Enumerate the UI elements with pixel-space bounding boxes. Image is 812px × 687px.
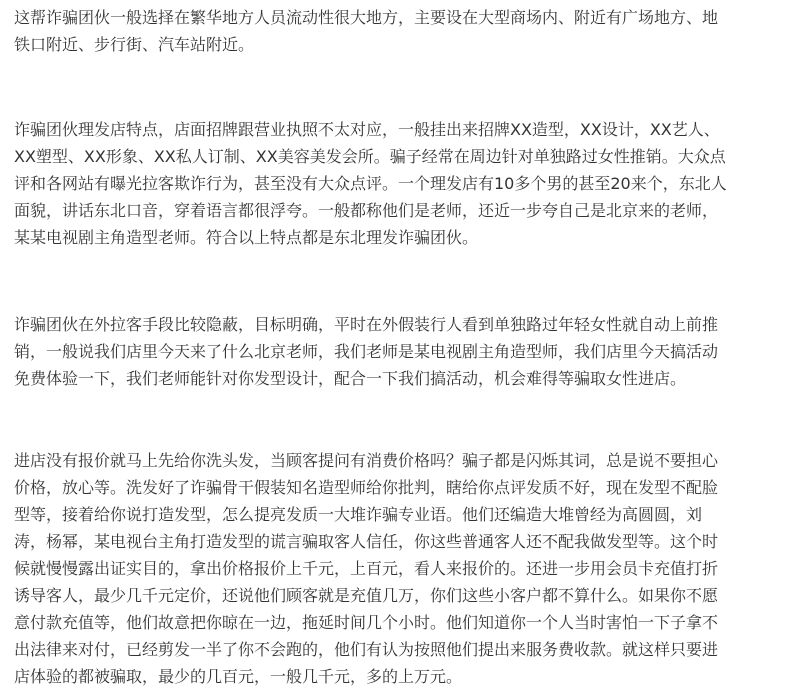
text-line: 免费体验一下，我们老师能针对你发型设计，配合一下我们搞活动，机会难得等骗取女性进…	[14, 365, 804, 392]
text-line: 评和各网站有曝光拉客欺诈行为，甚至没有大众点评。一个理发店有10多个男的甚至20…	[14, 170, 804, 197]
text-line: 价格，放心等。洗发好了诈骗骨干假装知名造型师给你批判，瞎给你点评发质不好，现在发…	[14, 474, 804, 501]
paragraph-scam-locations: 这帮诈骗团伙一般选择在繁华地方人员流动性很大地方，主要设在大型商场内、附近有广场…	[14, 4, 804, 58]
text-line: 诈骗团伙在外拉客手段比较隐蔽，目标明确，平时在外假装行人看到单独路过年轻女性就自…	[14, 311, 804, 338]
paragraph-in-store-scam: 进店没有报价就马上先给你洗头发，当顾客提问有消费价格吗？骗子都是闪烁其词，总是说…	[14, 447, 804, 687]
text-line: 诱导客人，最少几千元定价，还说他们顾客就是充值几万，你们这些小客户都不算什么。如…	[14, 582, 804, 609]
text-line: 型等，接着给你说打造发型，怎么提亮发质一大堆诈骗专业语。他们还编造大堆曾经为高圆…	[14, 501, 804, 528]
text-line: 候就慢慢露出证实目的，拿出价格报价上千元，上百元，看人来报价的。还进一步用会员卡…	[14, 555, 804, 582]
text-line: 某某电视剧主角造型老师。符合以上特点都是东北理发诈骗团伙。	[14, 224, 804, 251]
text-line: 店体验的都被骗取，最少的几百元，一般几千元，多的上万元。	[14, 663, 804, 687]
text-line: 诈骗团伙理发店特点，店面招牌跟营业执照不太对应，一般挂出来招牌XX造型，XX设计…	[14, 116, 804, 143]
text-line: 涛，杨幂，某电视台主角打造发型的谎言骗取客人信任，你这些普通客人还不配我做发型等…	[14, 528, 804, 555]
paragraph-salon-characteristics: 诈骗团伙理发店特点，店面招牌跟营业执照不太对应，一般挂出来招牌XX造型，XX设计…	[14, 116, 804, 251]
text-line: 意付款充值等，他们故意把你晾在一边，拖延时间几个小时。他们知道你一个人当时害怕一…	[14, 609, 804, 636]
text-line: 面貌，讲话东北口音，穿着语言都很浮夸。一般都称他们是老师，还近一步夸自己是北京来…	[14, 197, 804, 224]
article-body: 这帮诈骗团伙一般选择在繁华地方人员流动性很大地方，主要设在大型商场内、附近有广场…	[0, 0, 812, 687]
text-line: 这帮诈骗团伙一般选择在繁华地方人员流动性很大地方，主要设在大型商场内、附近有广场…	[14, 4, 804, 31]
text-line: XX塑型、XX形象、XX私人订制、XX美容美发会所。骗子经常在周边针对单独路过女…	[14, 143, 804, 170]
text-line: 销，一般说我们店里今天来了什么北京老师，我们老师是某电视剧主角造型师，我们店里今…	[14, 338, 804, 365]
text-line: 出法律来对付，已经剪发一半了你不会跑的，他们有认为按照他们提出来服务费收款。就这…	[14, 636, 804, 663]
text-line: 进店没有报价就马上先给你洗头发，当顾客提问有消费价格吗？骗子都是闪烁其词，总是说…	[14, 447, 804, 474]
text-line: 铁口附近、步行街、汽车站附近。	[14, 31, 804, 58]
paragraph-solicitation-tactics: 诈骗团伙在外拉客手段比较隐蔽，目标明确，平时在外假装行人看到单独路过年轻女性就自…	[14, 311, 804, 392]
